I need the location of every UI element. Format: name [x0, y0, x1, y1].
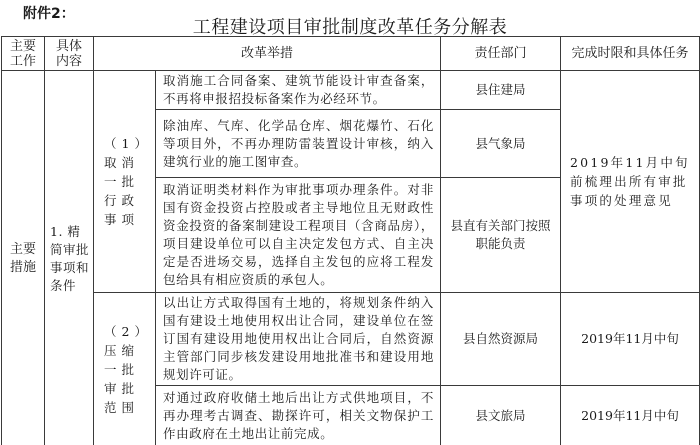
sub-item-cell: （2）压缩一批审批范围 [94, 293, 156, 445]
main-work-cell: 主要措施 [2, 71, 45, 445]
header-main-work: 主要工作 [2, 37, 45, 71]
department-cell: 县住建局 [441, 71, 561, 110]
department-cell: 县直有关部门按照职能负责 [441, 178, 561, 293]
sub-item-cell: （1）取消一批行政事项 [94, 71, 156, 293]
department-cell: 县自然资源局 [441, 293, 561, 386]
header-row: 主要工作 具体内容 改革举措 责任部门 完成时限和具体任务 [2, 37, 700, 71]
header-content: 具体内容 [45, 37, 94, 71]
measure-cell: 取消施工合同备案、建筑节能设计审查备案，不再将申报招投标备案作为必经环节。 [156, 71, 441, 110]
table-row: 主要措施 1. 精简审批事项和条件 （1）取消一批行政事项 取消施工合同备案、建… [2, 71, 700, 110]
measure-cell: 对通过政府收储土地后出让方式供地项目，不再办理考古调查、勘探许可，相关文物保护工… [156, 386, 441, 445]
measure-cell: 以出让方式取得国有土地的，将规划条件纳入国有建设土地使用权出让合同，建设单位在签… [156, 293, 441, 386]
table-row: （2）压缩一批审批范围 以出让方式取得国有土地的，将规划条件纳入国有建设土地使用… [2, 293, 700, 386]
measure-cell: 除油库、气库、化学品仓库、烟花爆竹、石化等项目外，不再办理防雷装置设计审核，纳入… [156, 110, 441, 178]
deadline-cell: 2019年11月中旬 [561, 386, 700, 445]
deadline-cell: 2019年11月中旬 [561, 293, 700, 386]
header-deadline: 完成时限和具体任务 [561, 37, 700, 71]
task-breakdown-table: 主要工作 具体内容 改革举措 责任部门 完成时限和具体任务 主要措施 1. 精简… [1, 36, 700, 445]
department-cell: 县文旅局 [441, 386, 561, 445]
deadline-cell: 2019年11月中旬前梳理出所有审批事项的处理意见 [561, 71, 700, 293]
header-measures: 改革举措 [94, 37, 441, 71]
measure-cell: 取消证明类材料作为审批事项办理条件。对非国有资金投资占控股或者主导地位且无财政性… [156, 178, 441, 293]
header-department: 责任部门 [441, 37, 561, 71]
content-cell: 1. 精简审批事项和条件 [45, 71, 94, 445]
department-cell: 县气象局 [441, 110, 561, 178]
